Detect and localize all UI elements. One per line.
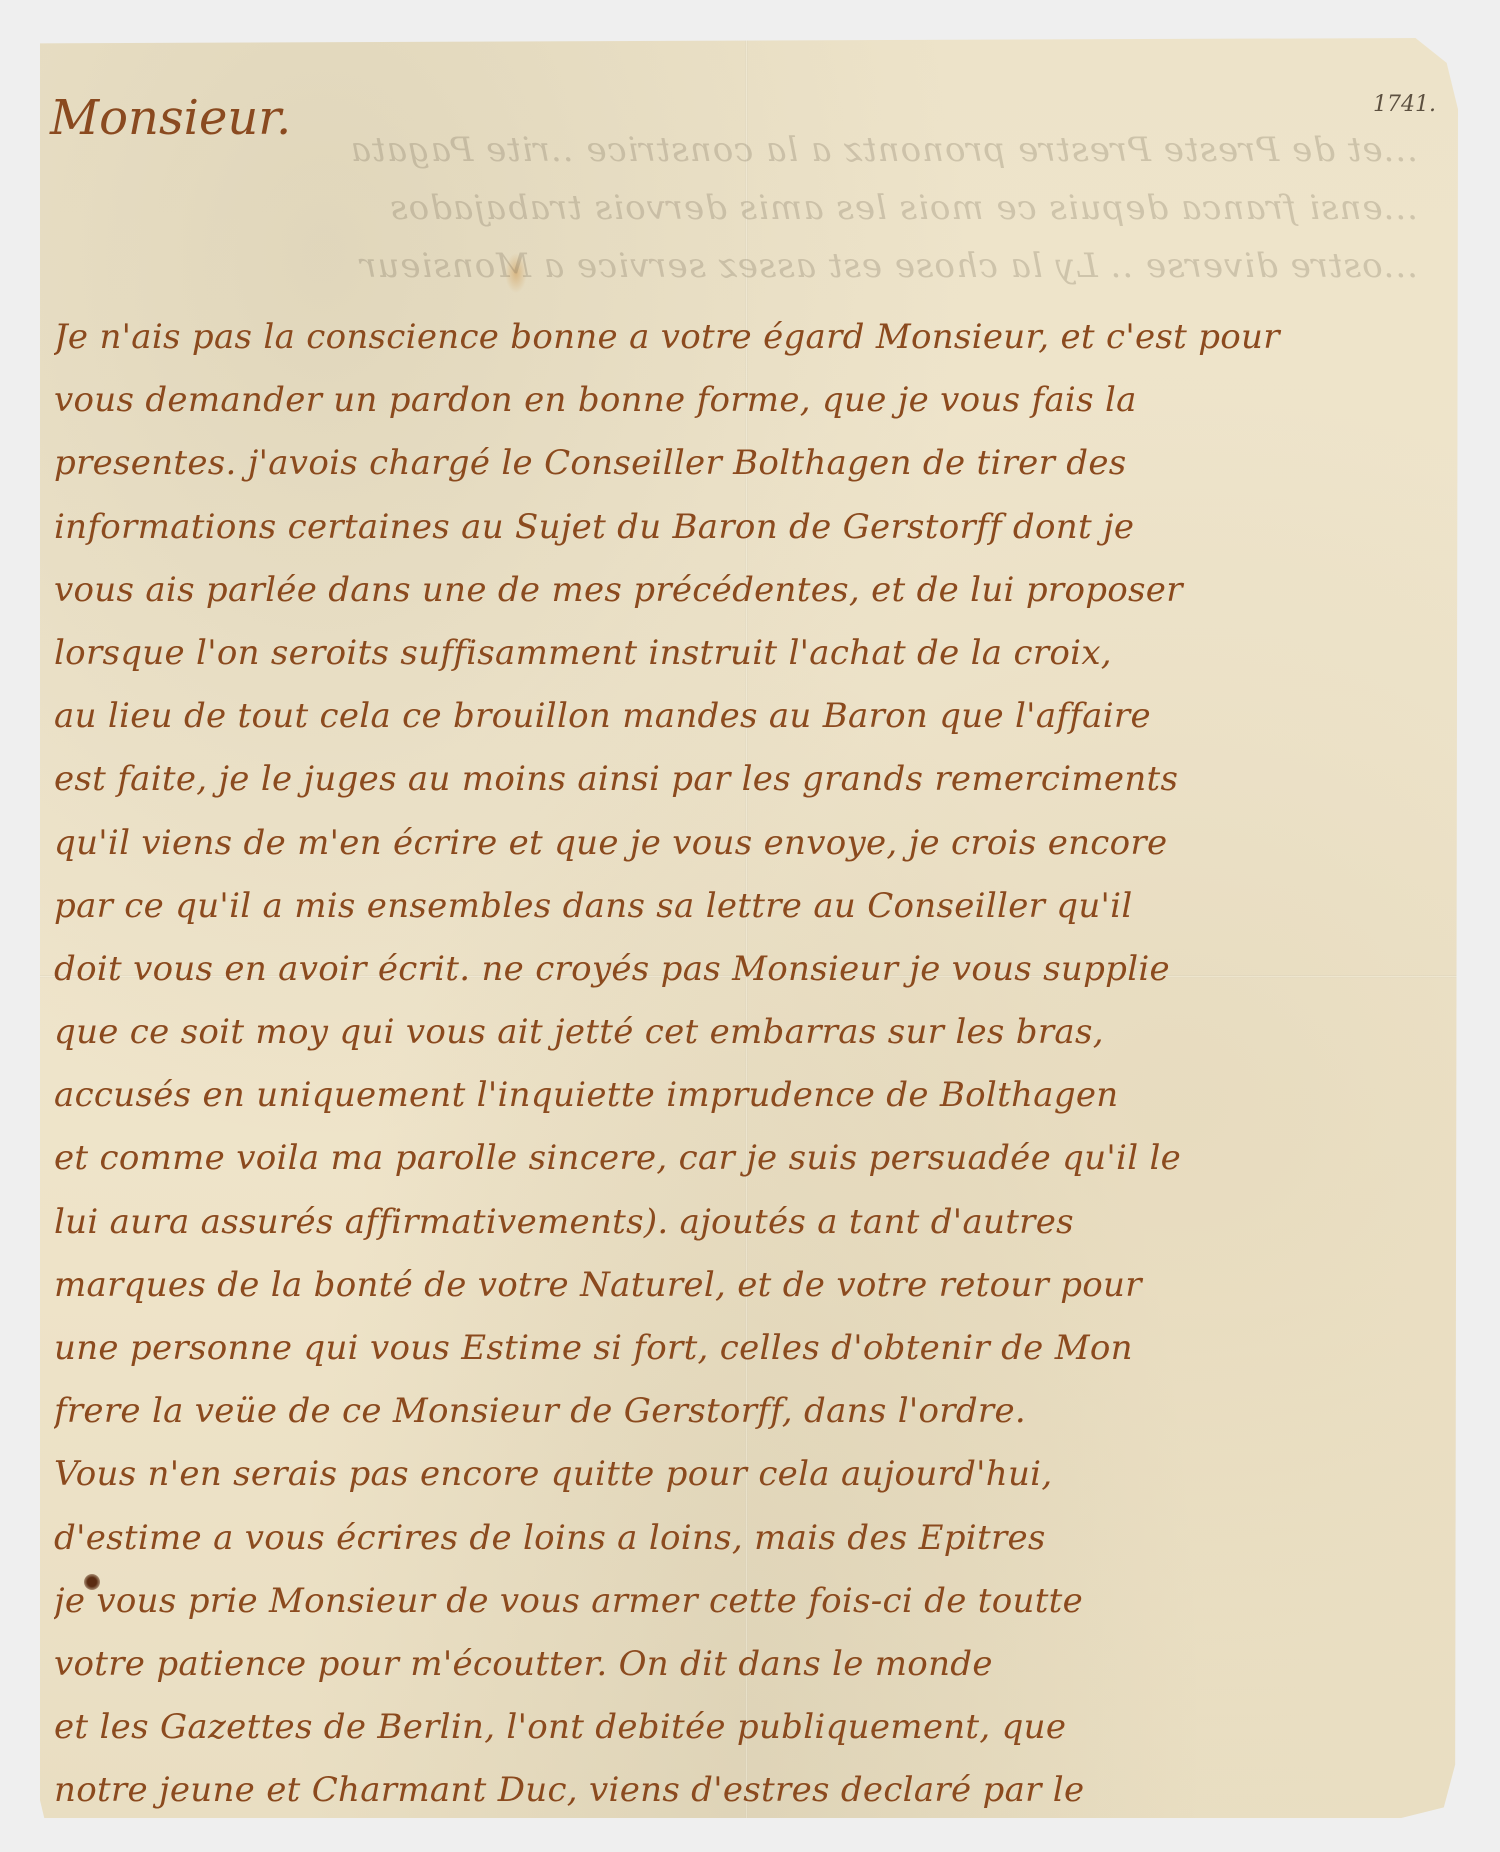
letter-line: d'estime a vous écrires de loins a loins… <box>54 1507 1454 1570</box>
letter-line: presentes. j'avois chargé le Conseiller … <box>54 432 1454 495</box>
letter-line: doit vous en avoir écrit. ne croyés pas … <box>54 938 1454 1001</box>
letter-line: que ce soit moy qui vous ait jetté cet e… <box>54 1001 1454 1064</box>
salutation: Monsieur. <box>50 90 291 146</box>
letter-sheet: ...et de Preste Prestre pronontz a la co… <box>40 38 1458 1818</box>
letter-body: Je n'ais pas la conscience bonne a votre… <box>54 306 1454 1823</box>
show-through-line: ...ensi franca depuis ce mois les amis d… <box>80 188 1418 228</box>
letter-line: marques de la bonté de votre Naturel, et… <box>54 1254 1454 1317</box>
letter-line: accusés en uniquement l'inquiette imprud… <box>54 1064 1454 1127</box>
letter-line: je vous prie Monsieur de vous armer cett… <box>54 1570 1454 1633</box>
letter-line: au lieu de tout cela ce brouillon mandes… <box>54 685 1454 748</box>
letter-line: lorsque l'on seroits suffisamment instru… <box>54 622 1454 685</box>
letter-line: qu'il viens de m'en écrire et que je vou… <box>54 812 1454 875</box>
letter-line: vous demander un pardon en bonne forme, … <box>54 369 1454 432</box>
letter-line: et les Gazettes de Berlin, l'ont debitée… <box>54 1696 1454 1759</box>
letter-line: informations certaines au Sujet du Baron… <box>54 496 1454 559</box>
letter-line: et comme voila ma parolle sincere, car j… <box>54 1127 1454 1190</box>
letter-line: vous ais parlée dans une de mes précéden… <box>54 559 1454 622</box>
letter-line: Vous n'en serais pas encore quitte pour … <box>54 1443 1454 1506</box>
letter-line: lui aura assurés affirmativements). ajou… <box>54 1191 1454 1254</box>
letter-line: frere la veüe de ce Monsieur de Gerstorf… <box>54 1380 1454 1443</box>
letter-line: votre patience pour m'écoutter. On dit d… <box>54 1633 1454 1696</box>
letter-line: Je n'ais pas la conscience bonne a votre… <box>54 306 1454 369</box>
archive-number: 1741. <box>1373 92 1436 117</box>
show-through-line: ...ostre diverse .. Ly la chose est asse… <box>80 246 1418 286</box>
letter-line: notre jeune et Charmant Duc, viens d'est… <box>54 1759 1454 1822</box>
letter-line: par ce qu'il a mis ensembles dans sa let… <box>54 875 1454 938</box>
letter-line: une personne qui vous Estime si fort, ce… <box>54 1317 1454 1380</box>
letter-line: est faite, je le juges au moins ainsi pa… <box>54 748 1454 811</box>
